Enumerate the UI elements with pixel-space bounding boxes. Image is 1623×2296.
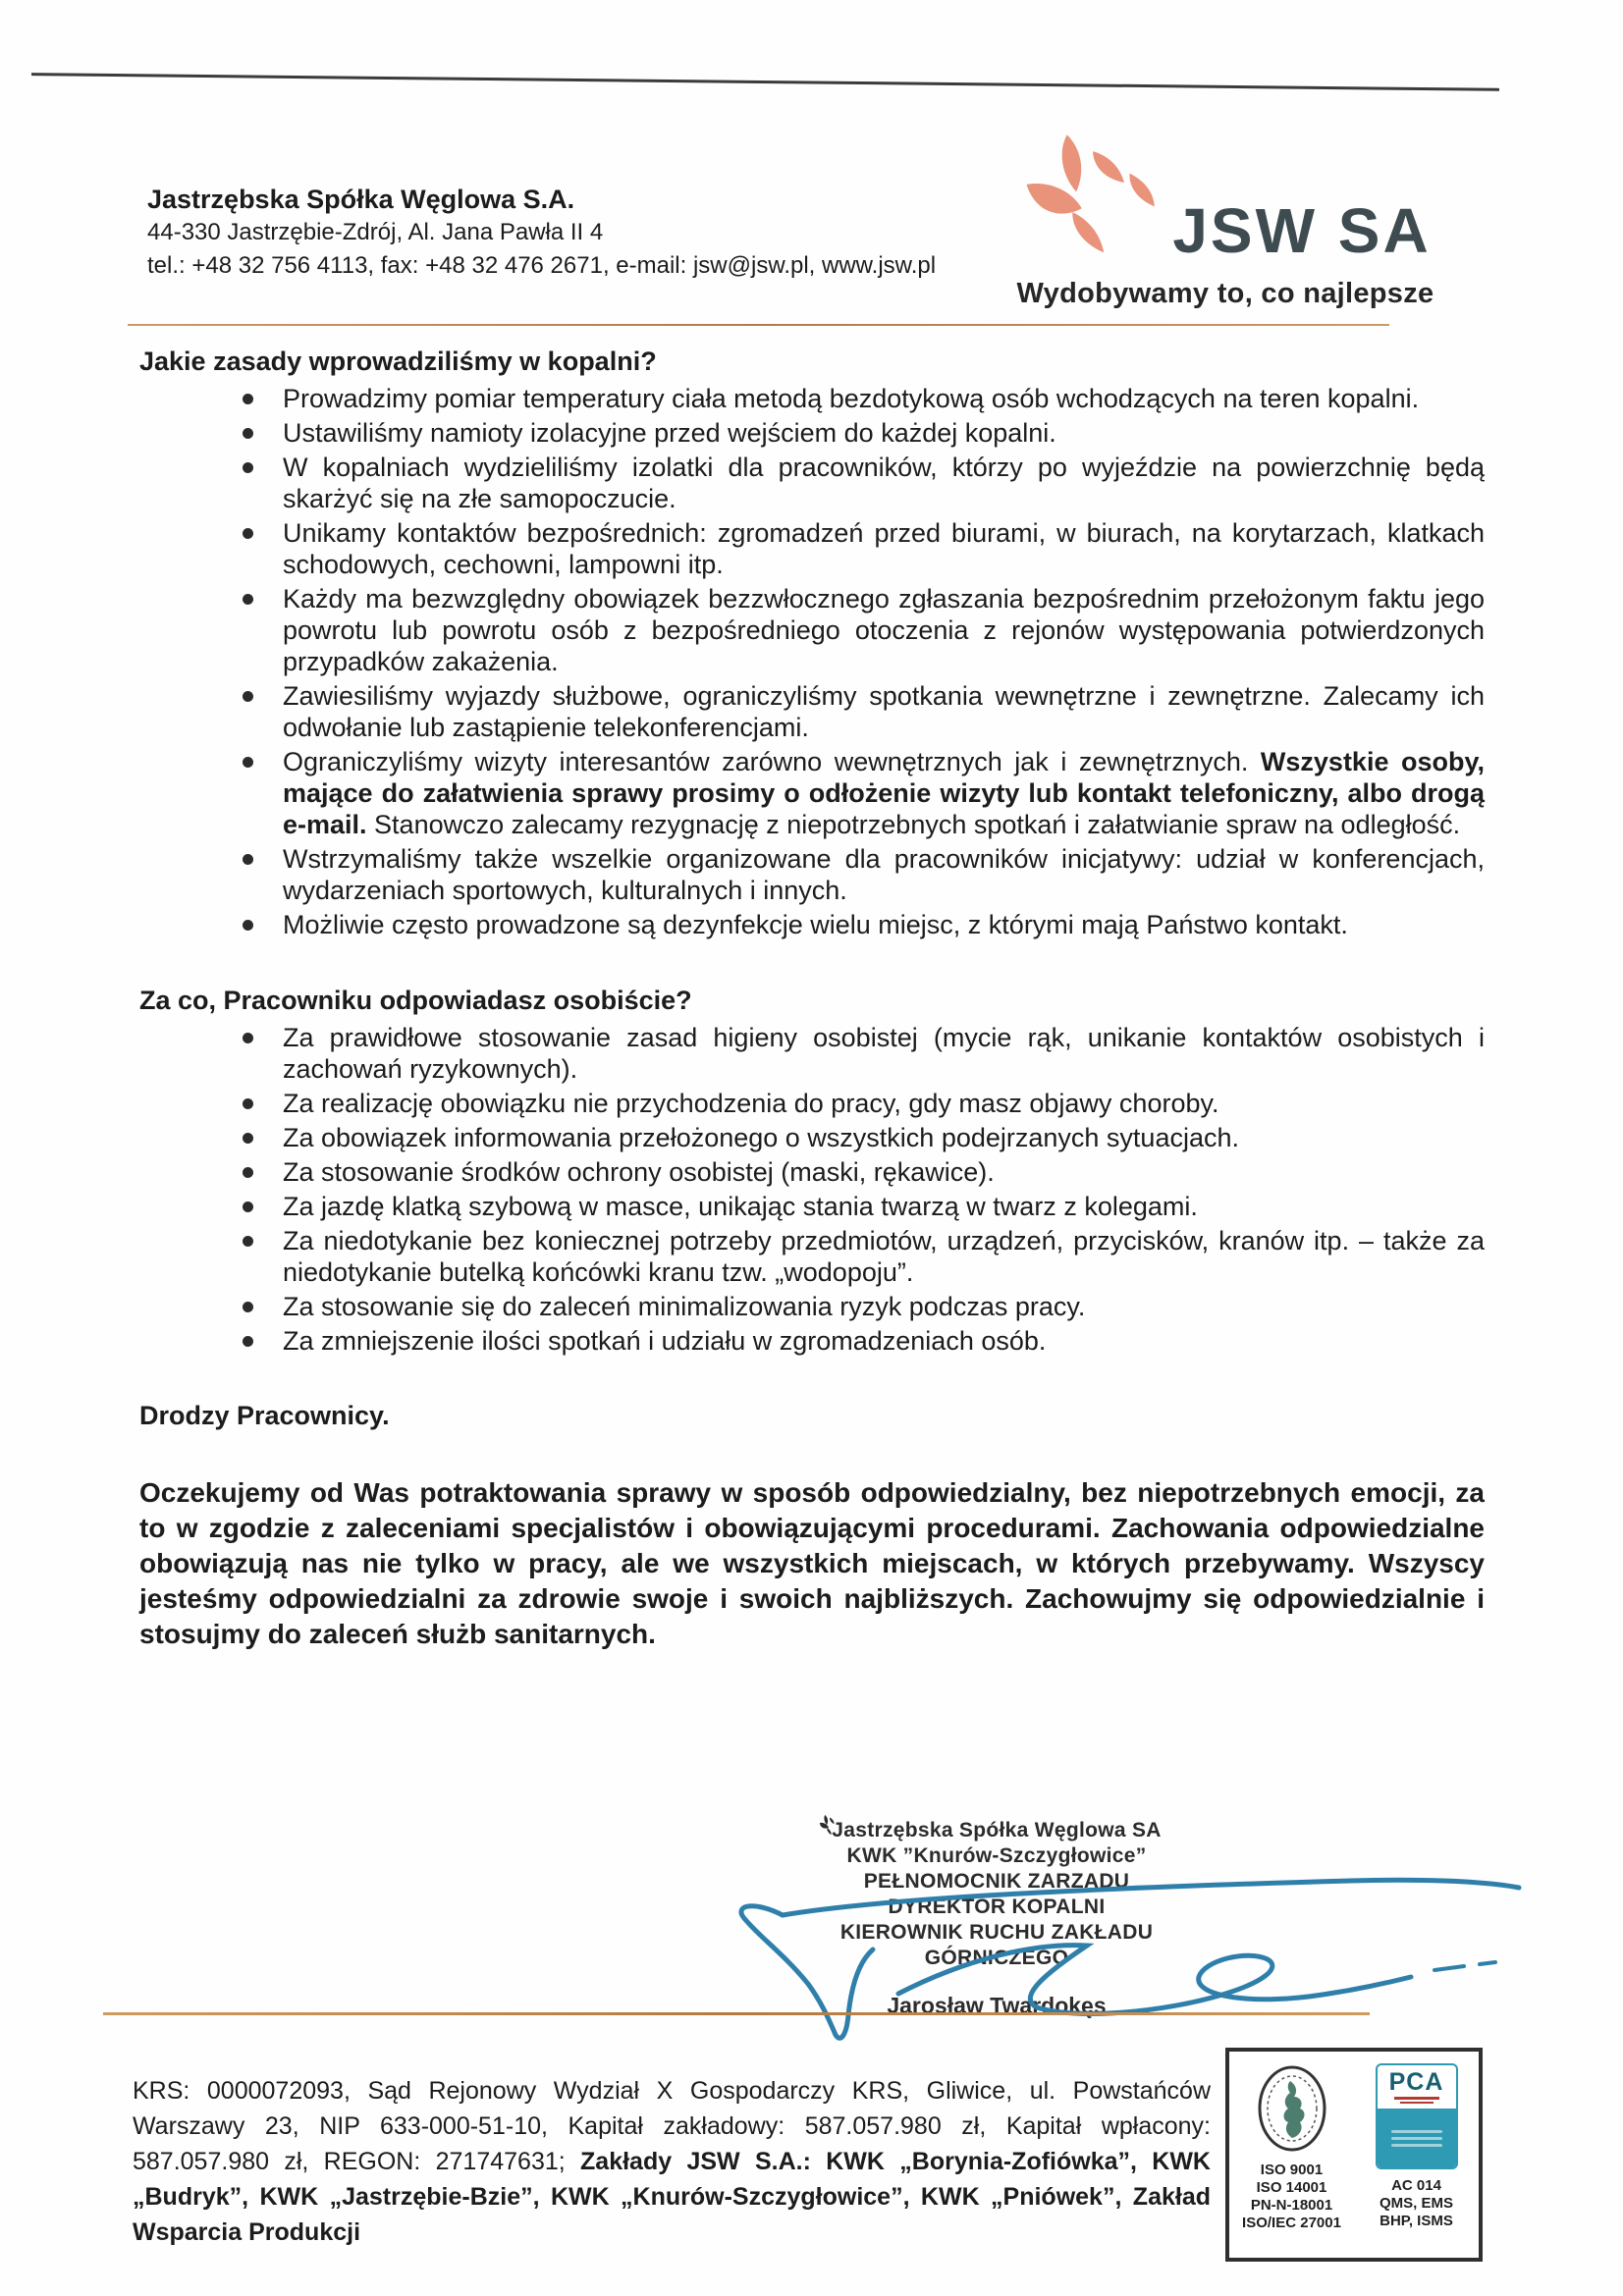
footer-divider: [103, 2012, 1370, 2015]
stamp-line-mine: KWK ”Knurów-Szczygłowice”: [722, 1843, 1271, 1869]
responsibility-item: Za stosowanie środków ochrony osobistej …: [283, 1156, 1485, 1188]
top-divider: [31, 73, 1499, 91]
rules-list: Prowadzimy pomiar temperatury ciała meto…: [139, 383, 1485, 940]
rule-item: Unikamy kontaktów bezpośrednich: zgromad…: [283, 517, 1485, 580]
rule-item: Prowadzimy pomiar temperatury ciała meto…: [283, 383, 1485, 414]
responsibility-item: Za stosowanie się do zaleceń minimalizow…: [283, 1291, 1485, 1322]
responsibility-item: Za obowiązek informowania przełożonego o…: [283, 1122, 1485, 1153]
jsw-flame-icon: [1019, 133, 1166, 262]
company-name: Jastrzębska Spółka Węglowa S.A.: [147, 183, 936, 216]
section-heading-responsibility: Za co, Pracowniku odpowiadasz osobiście?: [139, 985, 1485, 1016]
pca-red-line: [1394, 2097, 1439, 2100]
responsibility-item: Za zmniejszenie ilości spotkań i udziału…: [283, 1325, 1485, 1357]
stamp-line-company: Jastrzębska Spółka Węglowa SA: [722, 1818, 1271, 1843]
rule-item: W kopalniach wydzieliliśmy izolatki dla …: [283, 452, 1485, 514]
rule-item: Ograniczyliśmy wizyty interesantów zarów…: [283, 746, 1485, 840]
pca-certification: PCA AC 014QMS, EMSBHP, ISMS: [1354, 2063, 1479, 2258]
rule-item: Każdy ma bezwzględny obowiązek bezzwłocz…: [283, 583, 1485, 677]
responsibility-item: Za realizację obowiązku nie przychodzeni…: [283, 1088, 1485, 1119]
legal-text: KRS: 0000072093, Sąd Rejonowy Wydział X …: [133, 2073, 1211, 2250]
iso-cert-lines: ISO 9001ISO 14001PN-N-18001ISO/IEC 27001: [1242, 2162, 1341, 2232]
pca-logo-text: PCA: [1389, 2070, 1444, 2095]
pca-cert-line: BHP, ISMS: [1380, 2213, 1453, 2230]
responsibility-item: Za jazdę klatką szybową w masce, unikają…: [283, 1191, 1485, 1222]
pca-logo-bottom: [1378, 2109, 1456, 2167]
salutation: Drodzy Pracownicy.: [139, 1401, 1485, 1431]
prs-seal-icon: [1257, 2063, 1327, 2154]
letter-body: Jakie zasady wprowadziliśmy w kopalni? P…: [139, 346, 1485, 1652]
responsibility-item: Za prawidłowe stosowanie zasad higieny o…: [283, 1022, 1485, 1085]
header-divider: [128, 324, 1389, 326]
rule-item: Wstrzymaliśmy także wszelkie organizowan…: [283, 843, 1485, 906]
certification-box: ISO 9001ISO 14001PN-N-18001ISO/IEC 27001…: [1225, 2048, 1483, 2262]
rule-item: Ustawiliśmy namioty izolacyjne przed wej…: [283, 417, 1485, 449]
responsibility-item: Za niedotykanie bez koniecznej potrzeby …: [283, 1225, 1485, 1288]
company-contact: tel.: +48 32 756 4113, fax: +48 32 476 2…: [147, 249, 936, 283]
jsw-logo-row: JSW SA: [1009, 130, 1441, 262]
jsw-mini-logo-icon: [818, 1814, 839, 1836]
pca-logo: PCA: [1376, 2063, 1458, 2169]
iso-cert-line: ISO 9001: [1242, 2162, 1341, 2179]
logo-text: JSW SA: [1172, 199, 1431, 262]
responsibility-list: Za prawidłowe stosowanie zasad higieny o…: [139, 1022, 1485, 1357]
iso-cert-line: ISO/IEC 27001: [1242, 2215, 1341, 2232]
pca-cert-lines: AC 014QMS, EMSBHP, ISMS: [1380, 2177, 1453, 2230]
section-heading-rules: Jakie zasady wprowadziliśmy w kopalni?: [139, 346, 1485, 377]
logo-tagline: Wydobywamy to, co najlepsze: [1009, 278, 1441, 310]
signature-stamp: Jastrzębska Spółka Węglowa SA KWK ”Knuró…: [722, 1818, 1271, 2019]
company-info: Jastrzębska Spółka Węglowa S.A. 44-330 J…: [147, 183, 936, 283]
stamp-line-title4: GÓRNICZEGO: [722, 1946, 1271, 1971]
iso-cert-line: PN-N-18001: [1242, 2197, 1341, 2215]
scanned-letter-page: Jastrzębska Spółka Węglowa S.A. 44-330 J…: [0, 0, 1623, 2296]
stamp-line-title2: DYREKTOR KOPALNI: [722, 1895, 1271, 1920]
stamp-line-title3: KIEROWNIK RUCHU ZAKŁADU: [722, 1920, 1271, 1946]
pca-cert-line: QMS, EMS: [1380, 2195, 1453, 2213]
closing-paragraph: Oczekujemy od Was potraktowania sprawy w…: [139, 1475, 1485, 1652]
rule-item: Możliwie często prowadzone są dezynfekcj…: [283, 909, 1485, 940]
pca-logo-top: PCA: [1378, 2065, 1456, 2109]
pca-red-line-2: [1400, 2102, 1434, 2104]
pca-cert-line: AC 014: [1380, 2177, 1453, 2195]
jsw-logo: JSW SA Wydobywamy to, co najlepsze: [1009, 130, 1441, 310]
prs-certification: ISO 9001ISO 14001PN-N-18001ISO/IEC 27001: [1229, 2063, 1354, 2258]
iso-cert-line: ISO 14001: [1242, 2179, 1341, 2197]
rule-item: Zawiesiliśmy wyjazdy służbowe, ograniczy…: [283, 680, 1485, 743]
stamp-line-title1: PEŁNOMOCNIK ZARZĄDU: [722, 1869, 1271, 1895]
company-address: 44-330 Jastrzębie-Zdrój, Al. Jana Pawła …: [147, 216, 936, 249]
